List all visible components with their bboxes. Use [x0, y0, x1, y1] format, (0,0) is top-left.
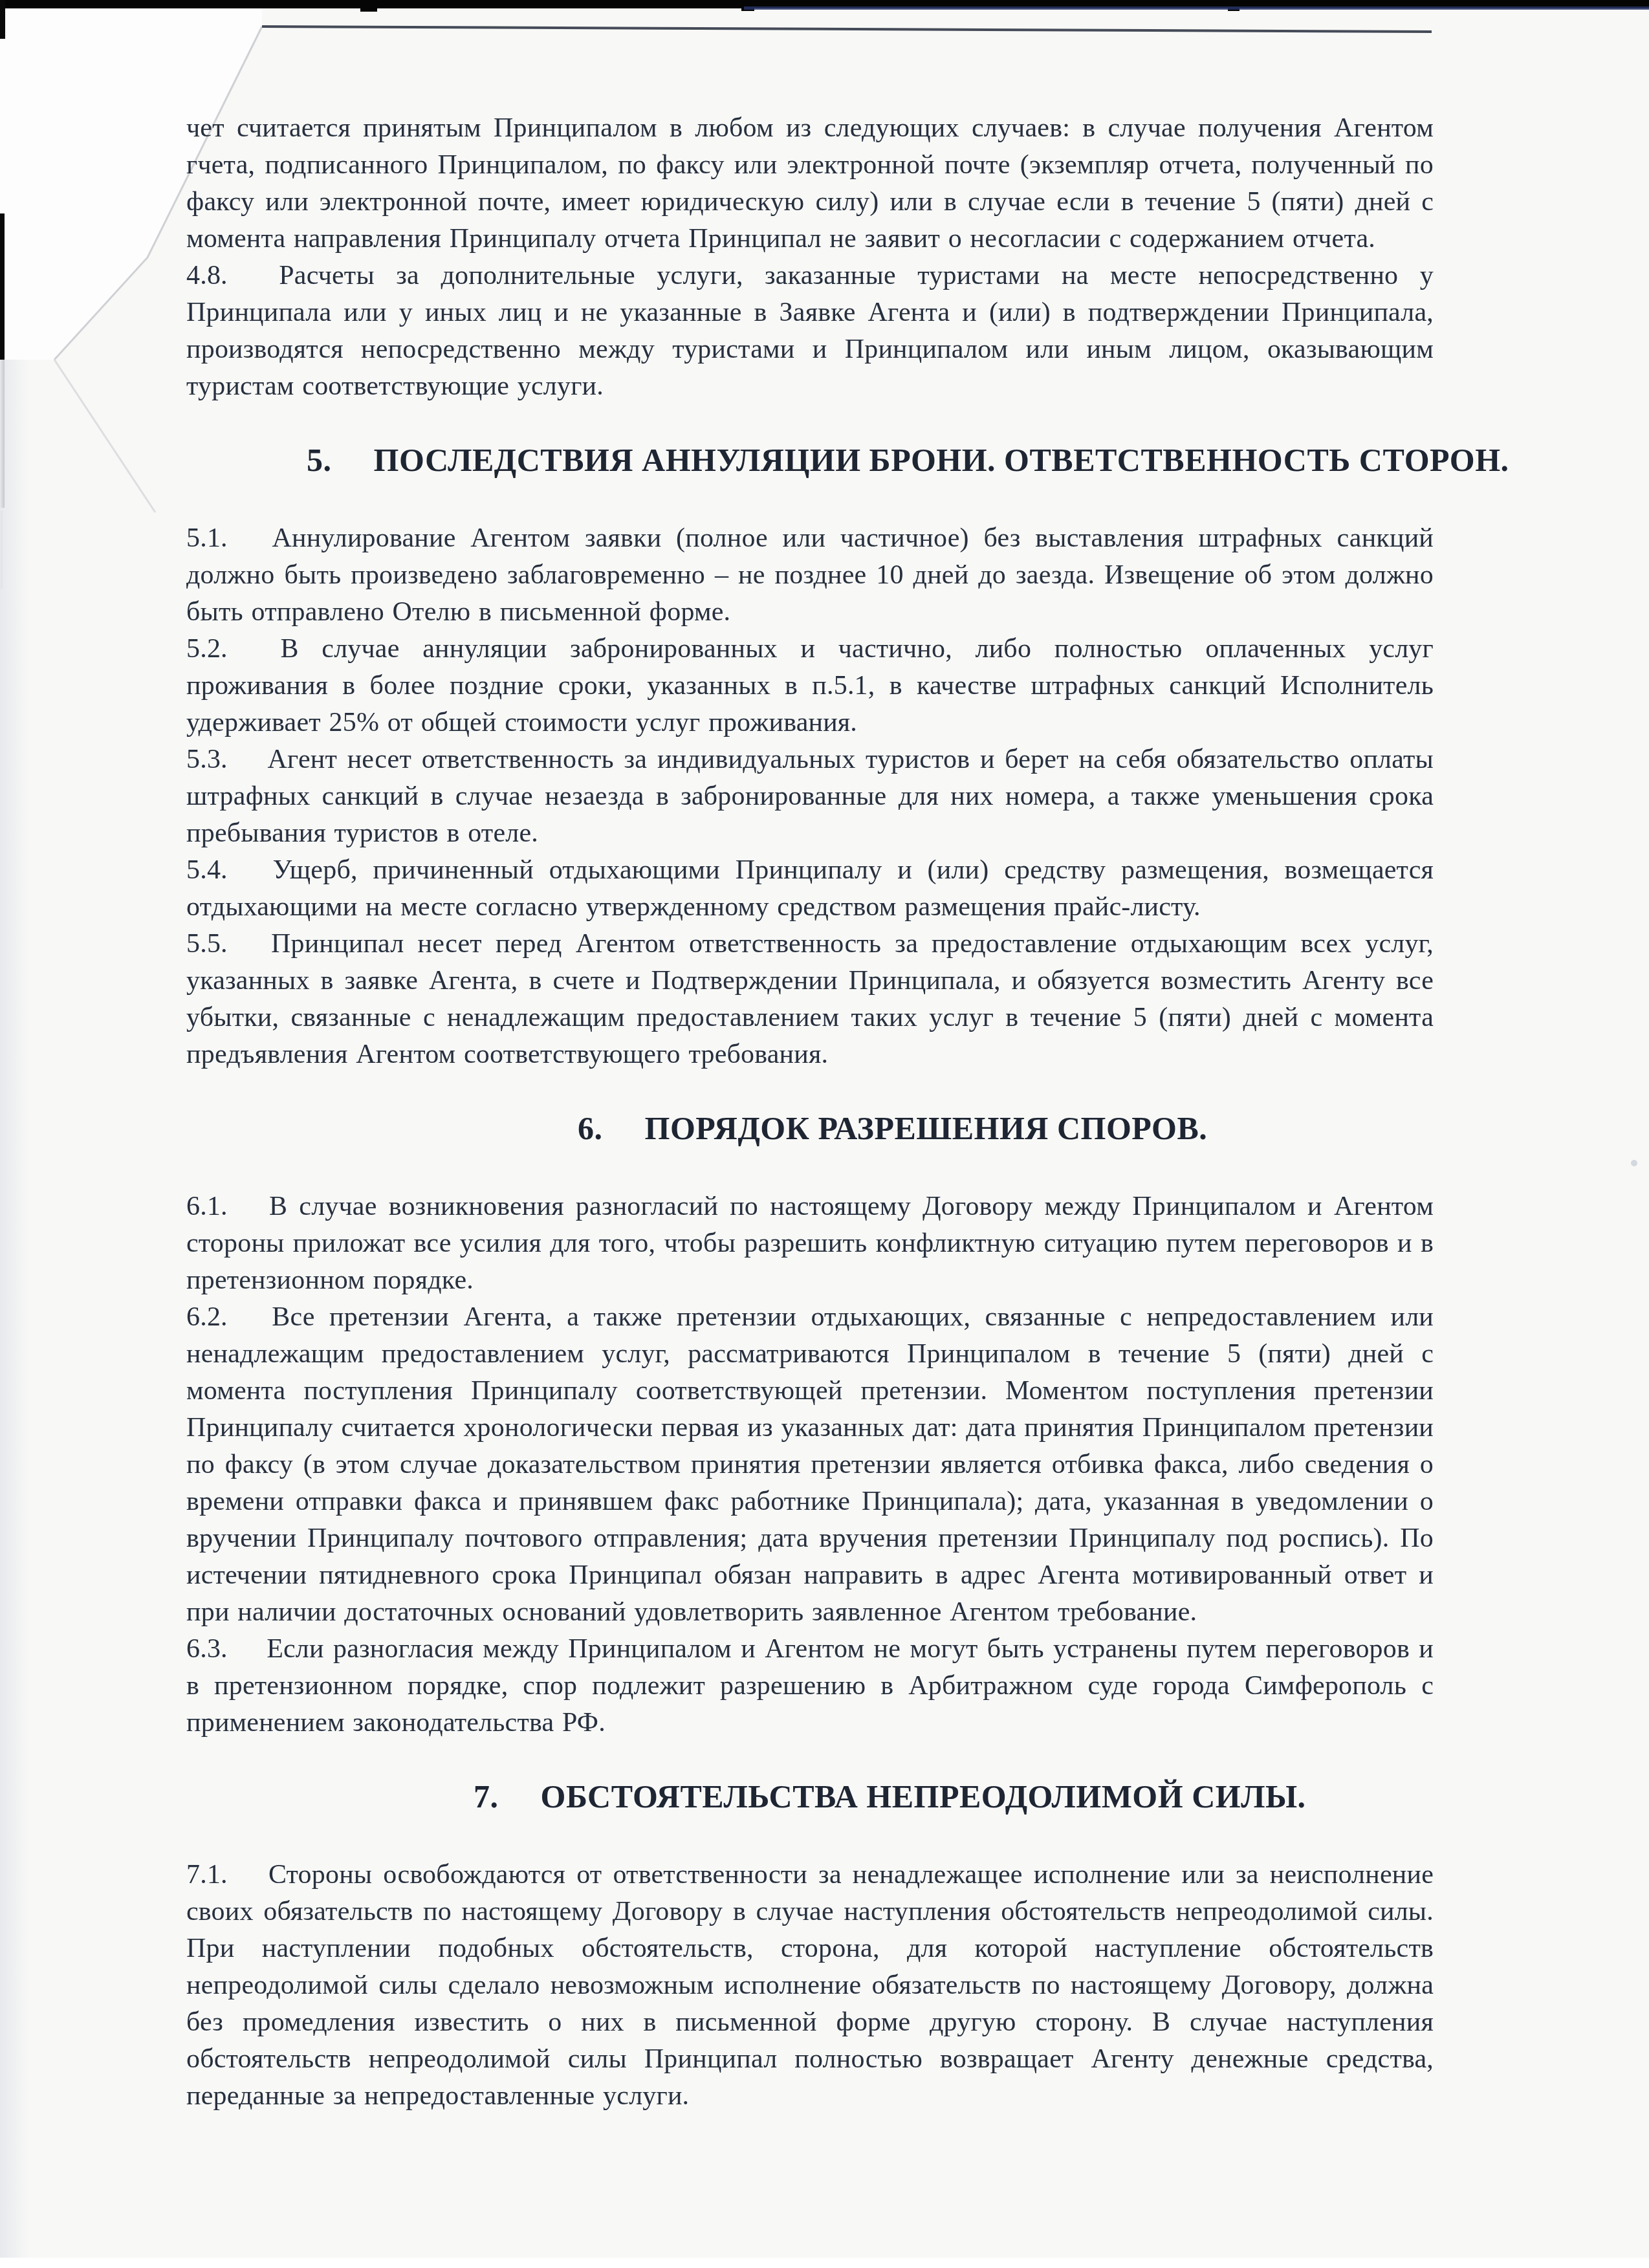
- scanner-band-blue-edge: [744, 6, 1649, 10]
- clause-number: 5.3.: [186, 745, 257, 774]
- clause-number: 4.8.: [186, 261, 257, 290]
- scan-speck: [1631, 1160, 1637, 1166]
- clause-number: 6.2.: [186, 1302, 257, 1332]
- page-corner-fold-shadow: [54, 360, 155, 512]
- section-number: 5.: [307, 442, 366, 478]
- contract-clause: 5.1. Аннулирование Агентом заявки (полно…: [186, 520, 1434, 631]
- clause-text: Принципал несет перед Агентом ответствен…: [186, 929, 1434, 1069]
- clause-text: Агент несет ответственность за индивидуа…: [186, 745, 1434, 848]
- contract-clause: 6.1. В случае возникновения разногласий …: [186, 1188, 1434, 1299]
- contract-clause: 5.5. Принципал несет перед Агентом ответ…: [186, 926, 1434, 1073]
- clause-text: Расчеты за дополнительные услуги, заказа…: [186, 261, 1434, 401]
- contract-clause: 6.3. Если разногласия между Принципалом …: [186, 1631, 1434, 1741]
- clause-number: 5.1.: [186, 523, 257, 553]
- scanner-band-bottom: [0, 2258, 1649, 2268]
- contract-clause: чет считается принятым Принципалом в люб…: [186, 110, 1434, 257]
- scanner-edge-left: [0, 0, 5, 39]
- section-number: 6.: [578, 1110, 637, 1146]
- clause-text: Аннулирование Агентом заявки (полное или…: [186, 523, 1434, 627]
- section-heading: 5. ПОСЛЕДСТВИЯ АННУЛЯЦИИ БРОНИ. ОТВЕТСТВ…: [186, 441, 1434, 479]
- clause-text: чет считается принятым Принципалом в люб…: [186, 113, 1434, 254]
- contract-clause: 4.8. Расчеты за дополнительные услуги, з…: [186, 257, 1434, 405]
- section-heading: 7. ОБСТОЯТЕЛЬСТВА НЕПРЕОДОЛИМОЙ СИЛЫ.: [186, 1778, 1434, 1815]
- left-shadow-band: [0, 360, 30, 2268]
- contract-clause: 5.4. Ущерб, причиненный отдыхающими Прин…: [186, 852, 1434, 926]
- scanned-contract-page: чет считается принятым Принципалом в люб…: [0, 0, 1649, 2268]
- section-heading: 6. ПОРЯДОК РАЗРЕШЕНИЯ СПОРОВ.: [186, 1109, 1434, 1147]
- contract-clause: 6.2. Все претензии Агента, а также прете…: [186, 1299, 1434, 1631]
- contract-clause: 7.1. Стороны освобождаются от ответствен…: [186, 1857, 1434, 2115]
- contract-text-block: чет считается принятым Принципалом в люб…: [186, 110, 1434, 2115]
- clause-number: 5.5.: [186, 929, 257, 959]
- section-title: ОБСТОЯТЕЛЬСТВА НЕПРЕОДОЛИМОЙ СИЛЫ.: [541, 1778, 1306, 1815]
- scanner-edge-left: [0, 213, 5, 508]
- section-title: ПОСЛЕДСТВИЯ АННУЛЯЦИИ БРОНИ. ОТВЕТСТВЕНН…: [374, 442, 1509, 478]
- section-number: 7.: [474, 1778, 532, 1815]
- section-title: ПОРЯДОК РАЗРЕШЕНИЯ СПОРОВ.: [645, 1110, 1208, 1146]
- scanner-band-top: [0, 0, 1649, 8]
- clause-text: Ущерб, причиненный отдыхающими Принципал…: [186, 855, 1434, 922]
- clause-number: 7.1.: [186, 1860, 257, 1890]
- clause-text: В случае аннуляции забронированных и час…: [186, 634, 1434, 737]
- contract-clause: 5.2. В случае аннуляции забронированных …: [186, 631, 1434, 741]
- contract-clause: 5.3. Агент несет ответственность за инди…: [186, 741, 1434, 852]
- clause-text: Если разногласия между Принципалом и Аге…: [186, 1634, 1434, 1738]
- clause-text: Стороны освобождаются от ответственности…: [186, 1860, 1434, 2111]
- clause-number: 5.2.: [186, 634, 257, 664]
- clause-text: В случае возникновения разногласий по на…: [186, 1192, 1434, 1295]
- clause-text: Все претензии Агента, а также претензии …: [186, 1302, 1434, 1627]
- clause-number: 6.1.: [186, 1192, 257, 1221]
- clause-number: 6.3.: [186, 1634, 257, 1664]
- sheet-top-edge-line: [262, 27, 1432, 32]
- clause-number: 5.4.: [186, 855, 257, 885]
